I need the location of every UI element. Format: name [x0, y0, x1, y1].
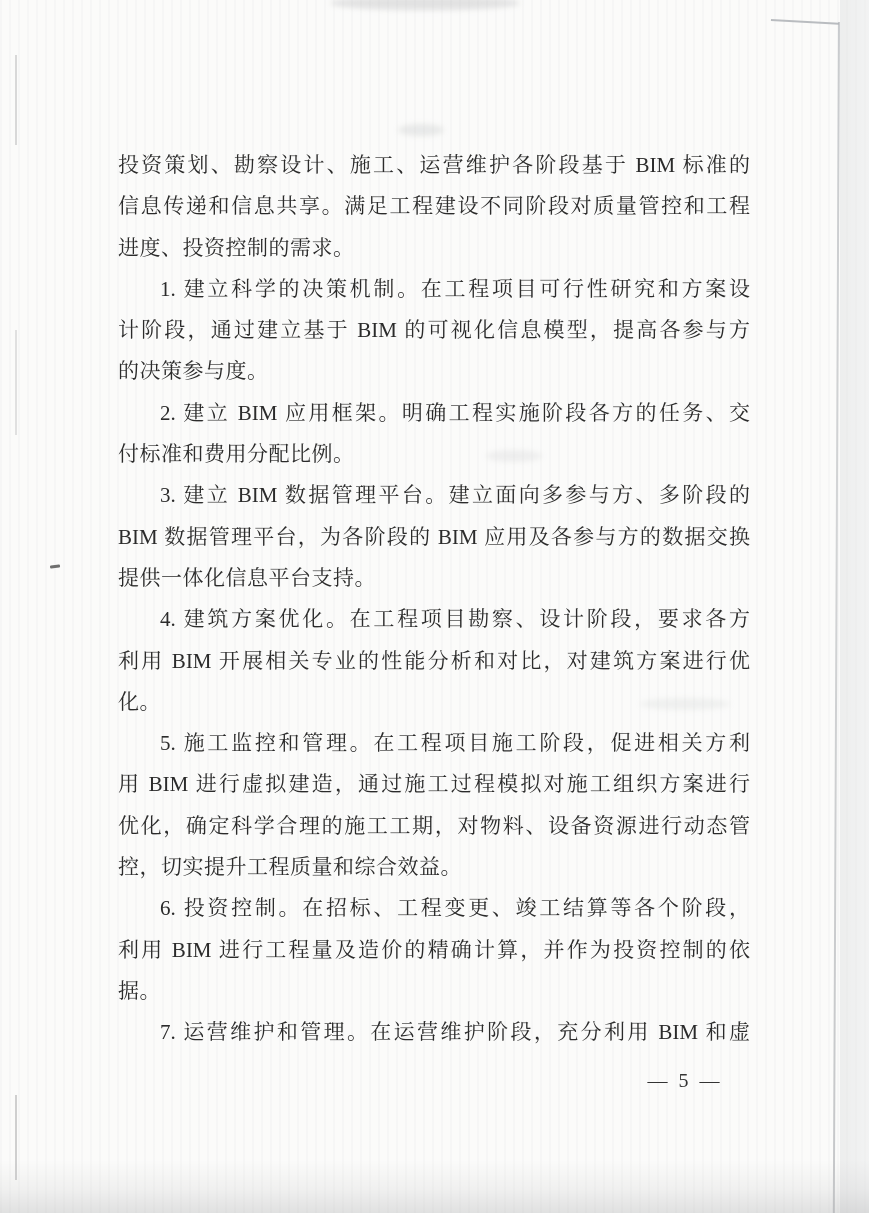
paragraph: 3. 建立 BIM 数据管理平台。建立面向多参与方、多阶段的BIM 数据管理平台…	[118, 475, 750, 599]
text-line: 付标准和费用分配比例。	[118, 434, 750, 475]
paragraph: 1. 建立科学的决策机制。在工程项目可行性研究和方案设计阶段，通过建立基于 BI…	[118, 269, 750, 393]
text-line: 的决策参与度。	[118, 351, 750, 392]
document-body: 投资策划、勘察设计、施工、运营维护各阶段基于 BIM 标准的信息传递和信息共享。…	[118, 145, 750, 1054]
scan-artifact-right-shade	[840, 0, 869, 1213]
text-line: 1. 建立科学的决策机制。在工程项目可行性研究和方案设	[118, 269, 750, 310]
text-line: 利用 BIM 进行工程量及造价的精确计算，并作为投资控制的依	[118, 930, 750, 971]
text-line: 投资策划、勘察设计、施工、运营维护各阶段基于 BIM 标准的	[118, 145, 750, 186]
text-line: 3. 建立 BIM 数据管理平台。建立面向多参与方、多阶段的	[118, 475, 750, 516]
text-line: 4. 建筑方案优化。在工程项目勘察、设计阶段，要求各方	[118, 599, 750, 640]
paragraph: 7. 运营维护和管理。在运营维护阶段，充分利用 BIM 和虚	[118, 1012, 750, 1053]
text-line: BIM 数据管理平台，为各阶段的 BIM 应用及各参与方的数据交换	[118, 517, 750, 558]
scan-artifact-bottom-band	[0, 1160, 869, 1213]
text-line: 信息传递和信息共享。满足工程建设不同阶段对质量管控和工程	[118, 186, 750, 227]
scan-artifact-smudge	[640, 698, 730, 710]
scan-artifact-top-edge-line	[771, 19, 839, 25]
scan-artifact-left-edge-line	[15, 330, 17, 435]
paragraph: 6. 投资控制。在招标、工程变更、竣工结算等各个阶段，利用 BIM 进行工程量及…	[118, 888, 750, 1012]
text-line: 进度、投资控制的需求。	[118, 228, 750, 269]
scan-artifact-smudge	[398, 124, 444, 136]
page-number: — 5 —	[595, 1070, 775, 1093]
scan-artifact-smudge	[330, 0, 520, 10]
paragraph: 投资策划、勘察设计、施工、运营维护各阶段基于 BIM 标准的信息传递和信息共享。…	[118, 145, 750, 269]
paragraph: 5. 施工监控和管理。在工程项目施工阶段，促进相关方利用 BIM 进行虚拟建造，…	[118, 723, 750, 888]
scan-artifact-ink-dash	[50, 564, 60, 568]
text-line: 2. 建立 BIM 应用框架。明确工程实施阶段各方的任务、交	[118, 393, 750, 434]
text-line: 利用 BIM 开展相关专业的性能分析和对比，对建筑方案进行优	[118, 641, 750, 682]
text-line: 提供一体化信息平台支持。	[118, 558, 750, 599]
text-line: 优化，确定科学合理的施工工期，对物料、设备资源进行动态管	[118, 806, 750, 847]
text-line: 据。	[118, 971, 750, 1012]
scan-artifact-left-edge-line	[15, 55, 17, 145]
text-line: 6. 投资控制。在招标、工程变更、竣工结算等各个阶段，	[118, 888, 750, 929]
text-line: 计阶段，通过建立基于 BIM 的可视化信息模型，提高各参与方	[118, 310, 750, 351]
text-line: 控，切实提升工程质量和综合效益。	[118, 847, 750, 888]
text-line: 用 BIM 进行虚拟建造，通过施工过程模拟对施工组织方案进行	[118, 764, 750, 805]
scan-artifact-right-edge-line	[833, 22, 840, 1213]
scan-artifact-smudge	[486, 450, 542, 462]
paragraph: 2. 建立 BIM 应用框架。明确工程实施阶段各方的任务、交付标准和费用分配比例…	[118, 393, 750, 476]
text-line: 5. 施工监控和管理。在工程项目施工阶段，促进相关方利	[118, 723, 750, 764]
text-line: 7. 运营维护和管理。在运营维护阶段，充分利用 BIM 和虚	[118, 1012, 750, 1053]
